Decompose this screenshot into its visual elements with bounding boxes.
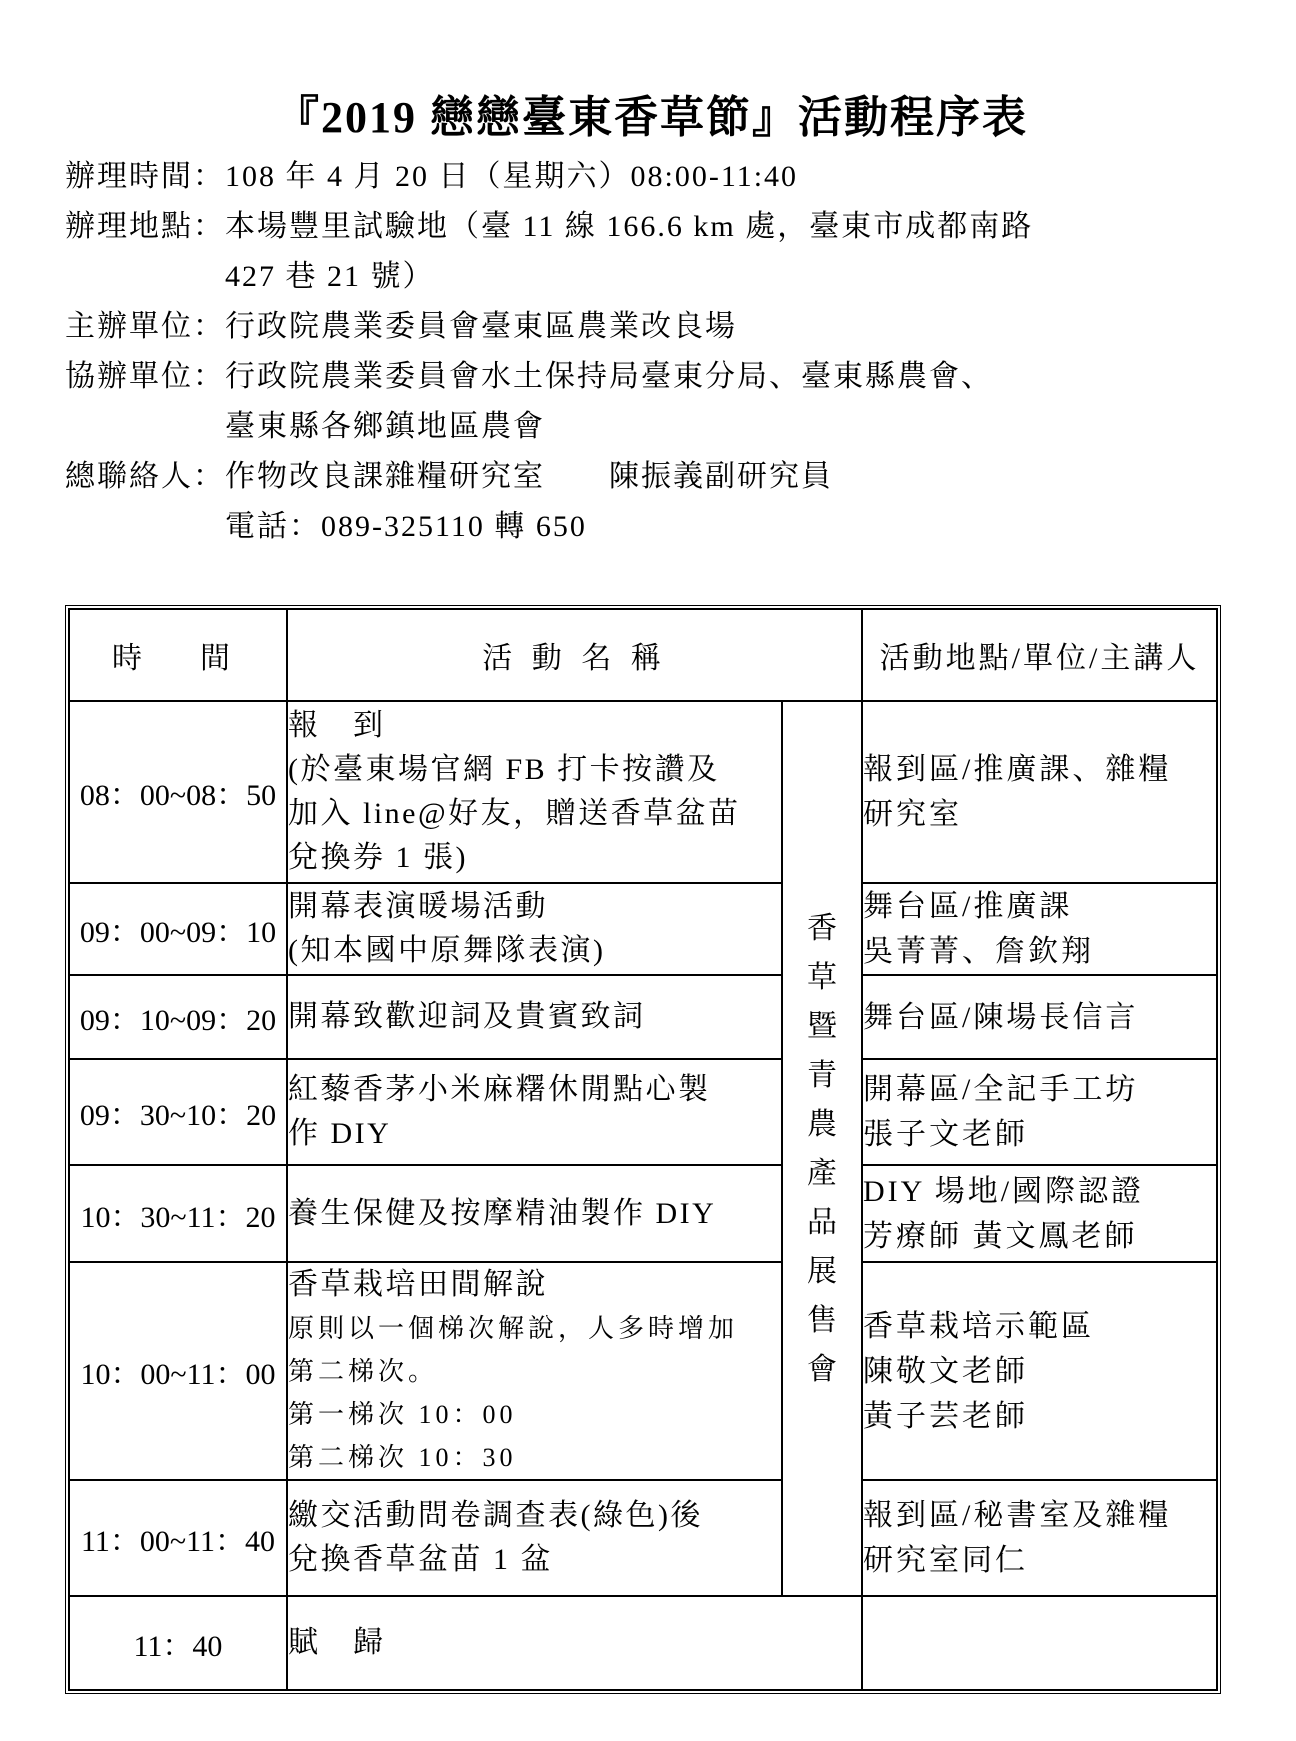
document-page: 『2019 戀戀臺東香草節』活動程序表 辦理時間：108 年 4 月 20 日（… [0, 0, 1296, 1694]
venue-cell: 報到區/推廣課、雜糧研究室 [862, 701, 1217, 883]
time-cell: 09：30~10：20 [69, 1059, 287, 1165]
activity-line: (知本國中原舞隊表演) [288, 929, 781, 973]
time-cell: 11：00~11：40 [69, 1480, 287, 1596]
banner-char: 品 [783, 1198, 861, 1247]
time-cell: 09：00~09：10 [69, 883, 287, 975]
venue-line: 研究室 [863, 792, 1216, 837]
banner-char: 會 [783, 1345, 861, 1394]
venue-line: DIY 場地/國際認證 [863, 1169, 1216, 1214]
schedule-row: 11：40賦 歸 [69, 1596, 1217, 1690]
activity-line: 第二梯次 10：30 [288, 1436, 781, 1479]
info-line: 辦理時間：108 年 4 月 20 日（星期六）08:00-11:40 [65, 152, 1238, 202]
info-line: 主辦單位：行政院農業委員會臺東區農業改良場 [65, 302, 1238, 352]
activity-line: 報 到 [288, 704, 781, 748]
venue-line: 吳菁菁、詹欽翔 [863, 929, 1216, 974]
schedule-table: 時 間活 動 名 稱活動地點/單位/主講人08：00~08：50報 到(於臺東場… [68, 608, 1218, 1691]
activity-line: 開幕表演暖場活動 [288, 885, 781, 929]
venue-cell: 香草栽培示範區陳敬文老師黃子芸老師 [862, 1262, 1217, 1480]
activity-line: 養生保健及按摩精油製作 DIY [288, 1192, 781, 1236]
venue-line: 芳療師 黃文鳳老師 [863, 1214, 1216, 1259]
schedule-table-wrap: 時 間活 動 名 稱活動地點/單位/主講人08：00~08：50報 到(於臺東場… [65, 605, 1221, 1694]
banner-char: 農 [783, 1100, 861, 1149]
activity-cell: 紅藜香茅小米麻糬休閒點心製作 DIY [287, 1059, 782, 1165]
activity-line: 加入 line@好友，贈送香草盆苗 [288, 792, 781, 836]
venue-cell: 報到區/秘書室及雜糧研究室同仁 [862, 1480, 1217, 1596]
activity-line: 兌換券 1 張) [288, 836, 781, 880]
schedule-row: 11：00~11：40繳交活動問卷調查表(綠色)後兌換香草盆苗 1 盆報到區/秘… [69, 1480, 1217, 1596]
header-row: 時 間活 動 名 稱活動地點/單位/主講人 [69, 609, 1217, 701]
banner-cell: 香草暨青農產品展售會 [782, 701, 862, 1596]
time-cell: 11：40 [69, 1596, 287, 1690]
info-line: 辦理地點：本場豐里試驗地（臺 11 線 166.6 km 處，臺東市成都南路 [65, 202, 1238, 252]
venue-cell: DIY 場地/國際認證芳療師 黃文鳳老師 [862, 1165, 1217, 1262]
schedule-row: 08：00~08：50報 到(於臺東場官網 FB 打卡按讚及加入 line@好友… [69, 701, 1217, 883]
activity-line: 香草栽培田間解說 [288, 1263, 781, 1307]
venue-cell [862, 1596, 1217, 1690]
time-cell: 08：00~08：50 [69, 701, 287, 883]
activity-line: 兌換香草盆苗 1 盆 [288, 1538, 781, 1582]
activity-cell: 開幕致歡迎詞及貴賓致詞 [287, 975, 782, 1059]
header-cell-venue: 活動地點/單位/主講人 [862, 609, 1217, 701]
venue-line: 黃子芸老師 [863, 1394, 1216, 1439]
activity-cell: 報 到(於臺東場官網 FB 打卡按讚及加入 line@好友，贈送香草盆苗兌換券 … [287, 701, 782, 883]
schedule-body: 時 間活 動 名 稱活動地點/單位/主講人08：00~08：50報 到(於臺東場… [69, 609, 1217, 1690]
venue-line: 陳敬文老師 [863, 1349, 1216, 1394]
time-cell: 09：10~09：20 [69, 975, 287, 1059]
banner-char: 展 [783, 1247, 861, 1296]
info-line: 總聯絡人：作物改良課雜糧研究室 陳振義副研究員 [65, 452, 1238, 502]
banner-char: 草 [783, 953, 861, 1002]
banner-char: 香 [783, 904, 861, 953]
time-cell: 10：00~11：00 [69, 1262, 287, 1480]
activity-line: 第二梯次。 [288, 1350, 781, 1393]
schedule-row: 10：00~11：00香草栽培田間解說原則以一個梯次解說，人多時增加第二梯次。第… [69, 1262, 1217, 1480]
activity-line: 第一梯次 10：00 [288, 1393, 781, 1436]
schedule-row: 09：30~10：20紅藜香茅小米麻糬休閒點心製作 DIY開幕區/全記手工坊張子… [69, 1059, 1217, 1165]
activity-line: 開幕致歡迎詞及貴賓致詞 [288, 995, 781, 1039]
venue-line: 開幕區/全記手工坊 [863, 1067, 1216, 1112]
activity-line: 原則以一個梯次解說，人多時增加 [288, 1307, 781, 1350]
banner-char: 暨 [783, 1002, 861, 1051]
page-title: 『2019 戀戀臺東香草節』活動程序表 [65, 90, 1238, 146]
activity-line: 作 DIY [288, 1112, 781, 1156]
venue-line: 研究室同仁 [863, 1538, 1216, 1583]
time-cell: 10：30~11：20 [69, 1165, 287, 1262]
banner-char: 青 [783, 1051, 861, 1100]
schedule-row: 09：00~09：10開幕表演暖場活動(知本國中原舞隊表演)舞台區/推廣課吳菁菁… [69, 883, 1217, 975]
banner-char: 產 [783, 1149, 861, 1198]
activity-cell: 繳交活動問卷調查表(綠色)後兌換香草盆苗 1 盆 [287, 1480, 782, 1596]
venue-cell: 舞台區/推廣課吳菁菁、詹欽翔 [862, 883, 1217, 975]
banner-char: 售 [783, 1296, 861, 1345]
activity-cell: 開幕表演暖場活動(知本國中原舞隊表演) [287, 883, 782, 975]
activity-line: (於臺東場官網 FB 打卡按讚及 [288, 748, 781, 792]
venue-line: 報到區/秘書室及雜糧 [863, 1493, 1216, 1538]
venue-line: 舞台區/推廣課 [863, 884, 1216, 929]
schedule-row: 10：30~11：20養生保健及按摩精油製作 DIYDIY 場地/國際認證芳療師… [69, 1165, 1217, 1262]
header-cell-time: 時 間 [69, 609, 287, 701]
activity-line: 賦 歸 [288, 1621, 861, 1665]
info-line: 臺東縣各鄉鎮地區農會 [65, 402, 1238, 452]
activity-cell: 香草栽培田間解說原則以一個梯次解說，人多時增加第二梯次。第一梯次 10：00第二… [287, 1262, 782, 1480]
venue-cell: 舞台區/陳場長信言 [862, 975, 1217, 1059]
info-line: 電話：089-325110 轉 650 [65, 502, 1238, 552]
venue-line: 香草栽培示範區 [863, 1304, 1216, 1349]
venue-line: 舞台區/陳場長信言 [863, 995, 1216, 1040]
activity-cell: 養生保健及按摩精油製作 DIY [287, 1165, 782, 1262]
venue-line: 張子文老師 [863, 1112, 1216, 1157]
venue-line: 報到區/推廣課、雜糧 [863, 747, 1216, 792]
schedule-row: 09：10~09：20開幕致歡迎詞及貴賓致詞舞台區/陳場長信言 [69, 975, 1217, 1059]
info-line: 427 巷 21 號） [65, 252, 1238, 302]
info-line: 協辦單位：行政院農業委員會水土保持局臺東分局、臺東縣農會、 [65, 352, 1238, 402]
activity-line: 繳交活動問卷調查表(綠色)後 [288, 1494, 781, 1538]
activity-cell: 賦 歸 [287, 1596, 862, 1690]
info-block: 辦理時間：108 年 4 月 20 日（星期六）08:00-11:40辦理地點：… [65, 152, 1238, 552]
activity-line: 紅藜香茅小米麻糬休閒點心製 [288, 1068, 781, 1112]
venue-cell: 開幕區/全記手工坊張子文老師 [862, 1059, 1217, 1165]
header-cell-activity: 活 動 名 稱 [287, 609, 862, 701]
